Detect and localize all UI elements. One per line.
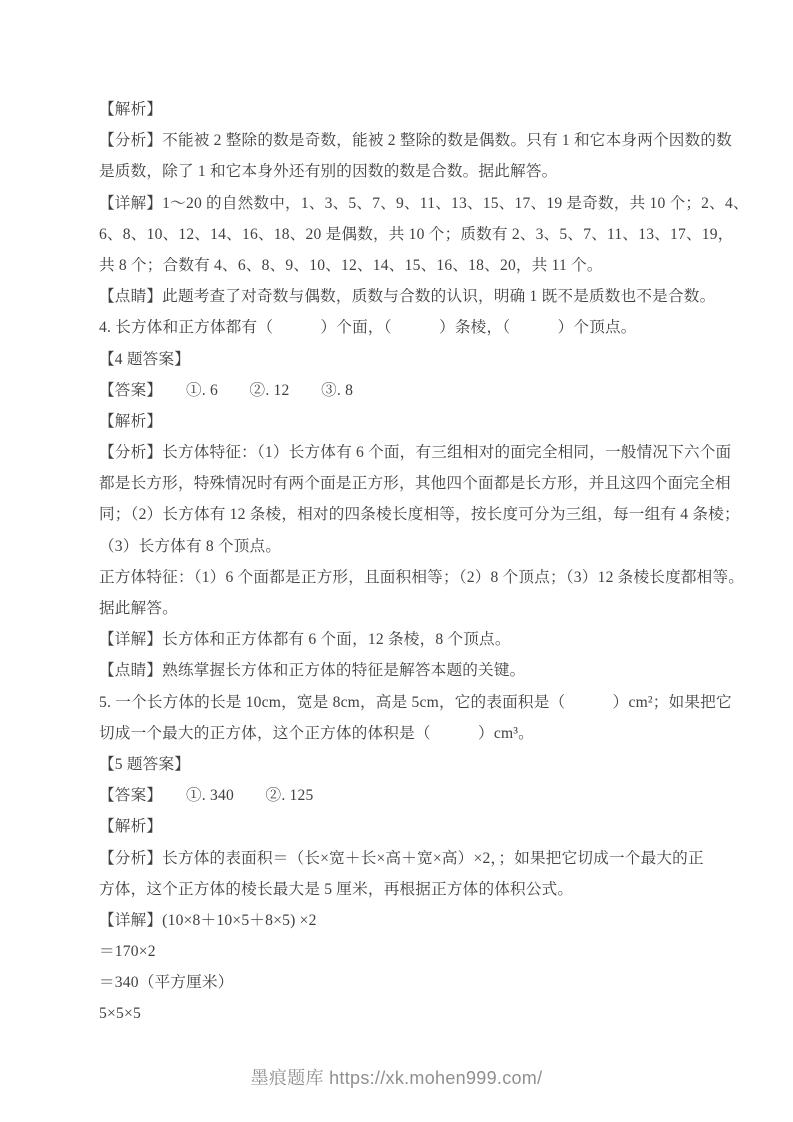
detail-q5-calculation-line-1: 【详解】(10×8＋10×5＋8×5) ×2 xyxy=(99,905,715,936)
analysis-q4-line-1: 【分析】长方体特征：（1）长方体有 6 个面，有三组相对的面完全相同，一般情况下… xyxy=(99,437,715,468)
detail-q3-line-1: 【详解】1～20 的自然数中，1、3、5、7、9、11、13、15、17、19 … xyxy=(99,188,715,219)
document-page: 【解析】 【分析】不能被 2 整除的数是奇数，能被 2 整除的数是偶数。只有 1… xyxy=(0,0,793,1122)
analysis-q3-line-2: 是质数，除了 1 和它本身外还有别的因数的数是合数。据此解答。 xyxy=(99,156,715,187)
question-4-text: 4. 长方体和正方体都有（ ）个面，（ ）条棱，（ ）个顶点。 xyxy=(99,312,715,343)
document-body: 【解析】 【分析】不能被 2 整除的数是奇数，能被 2 整除的数是偶数。只有 1… xyxy=(99,94,715,1030)
question-5-text-line-2: 切成一个最大的正方体，这个正方体的体积是（ ）cm³。 xyxy=(99,718,715,749)
detail-q5-calculation-line-2: ＝170×2 xyxy=(99,936,715,967)
analysis-q4-line-4: （3）长方体有 8 个顶点。 xyxy=(99,531,715,562)
section-label-jiexi: 【解析】 xyxy=(99,94,715,125)
summary-q3-line: 【点睛】此题考查了对奇数与偶数，质数与合数的认识，明确 1 既不是质数也不是合数… xyxy=(99,281,715,312)
detail-q3-line-2: 6、8、10、12、14、16、18、20 是偶数，共 10 个；质数有 2、3… xyxy=(99,219,715,250)
detail-q5-calculation-line-4: 5×5×5 xyxy=(99,998,715,1029)
question-5-text-line-1: 5. 一个长方体的长是 10cm，宽是 8cm，高是 5cm，它的表面积是（ ）… xyxy=(99,687,715,718)
analysis-q4-line-3: 同；（2）长方体有 12 条棱，相对的四条棱长度相等，按长度可分为三组，每一组有… xyxy=(99,499,715,530)
section-label-jiexi-q5: 【解析】 xyxy=(99,811,715,842)
analysis-q4-line-2: 都是长方形，特殊情况时有两个面是正方形，其他四个面都是长方形，并且这四个面完全相 xyxy=(99,468,715,499)
analysis-q5-line-1: 【分析】长方体的表面积＝（长×宽＋长×高＋宽×高）×2，；如果把它切成一个最大的… xyxy=(99,843,715,874)
analysis-q3-line-1: 【分析】不能被 2 整除的数是奇数，能被 2 整除的数是偶数。只有 1 和它本身… xyxy=(99,125,715,156)
answer-header-q5: 【5 题答案】 xyxy=(99,749,715,780)
analysis-q5-line-2: 方体，这个正方体的棱长最大是 5 厘米，再根据正方体的体积公式。 xyxy=(99,874,715,905)
answer-header-q4: 【4 题答案】 xyxy=(99,344,715,375)
site-watermark-footer: 墨痕题库 https://xk.mohen999.com/ xyxy=(0,1064,793,1090)
answer-values-q5: 【答案】 ①. 340 ②. 125 xyxy=(99,780,715,811)
analysis-q4-line-5: 正方体特征：（1）6 个面都是正方形，且面积相等；（2）8 个顶点；（3）12 … xyxy=(99,562,715,593)
section-label-jiexi-q4: 【解析】 xyxy=(99,406,715,437)
analysis-q4-line-6: 据此解答。 xyxy=(99,593,715,624)
answer-values-q4: 【答案】 ①. 6 ②. 12 ③. 8 xyxy=(99,375,715,406)
detail-q4-line: 【详解】长方体和正方体都有 6 个面，12 条棱，8 个顶点。 xyxy=(99,624,715,655)
detail-q5-calculation-line-3: ＝340（平方厘米） xyxy=(99,967,715,998)
detail-q3-line-3: 共 8 个；合数有 4、6、8、9、10、12、14、15、16、18、20，共… xyxy=(99,250,715,281)
summary-q4-line: 【点睛】熟练掌握长方体和正方体的特征是解答本题的关键。 xyxy=(99,655,715,686)
